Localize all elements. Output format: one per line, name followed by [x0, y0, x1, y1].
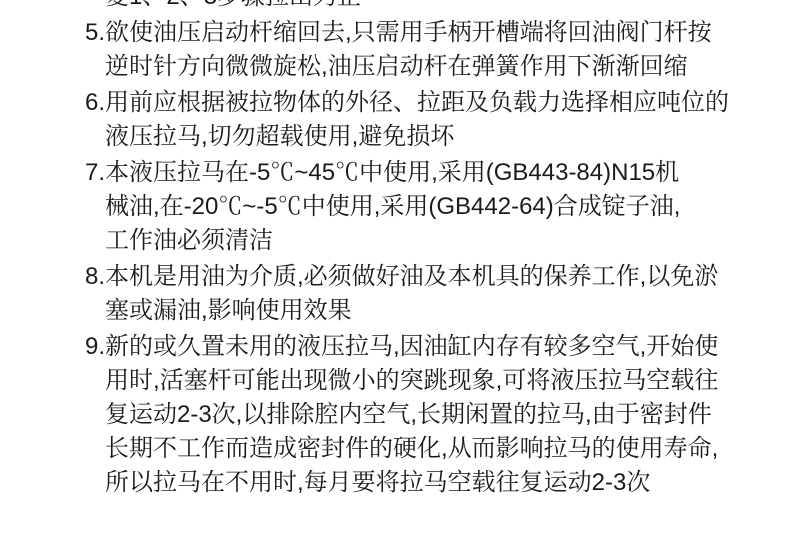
manual-item-5-line-1: 5.欲使油压启动杆缩回去,只需用手柄开槽端将回油阀门杆按: [85, 16, 730, 50]
item-number: 7.: [85, 159, 105, 186]
manual-item-4-clipped-line: 复1、2、3步骤拉出为止: [85, 0, 730, 14]
manual-item-9-line-3: 复运动2-3次,以排除腔内空气,长期闲置的拉马,由于密封件: [85, 398, 730, 432]
manual-item-5-line-2: 逆时针方向微微旋松,油压启动杆在弹簧作用下渐渐回缩: [85, 50, 730, 84]
manual-item-7-line-1: 7.本液压拉马在-5℃~45℃中使用,采用(GB443-84)N15机: [85, 156, 730, 190]
manual-item-9: 9.新的或久置未用的液压拉马,因油缸内存有较多空气,开始使 用时,活塞杆可能出现…: [85, 330, 730, 500]
manual-text-page: 复1、2、3步骤拉出为止 5.欲使油压启动杆缩回去,只需用手柄开槽端将回油阀门杆…: [0, 0, 790, 500]
manual-item-9-line-1: 9.新的或久置未用的液压拉马,因油缸内存有较多空气,开始使: [85, 330, 730, 364]
manual-item-6-line-2: 液压拉马,切勿超载使用,避免损坏: [85, 120, 730, 154]
manual-item-7: 7.本液压拉马在-5℃~45℃中使用,采用(GB443-84)N15机 械油,在…: [85, 156, 730, 258]
line-text: 本机是用油为介质,必须做好油及本机具的保养工作,以免淤: [105, 263, 718, 290]
item-number: 8.: [85, 263, 105, 290]
line-text: 本液压拉马在-5℃~45℃中使用,采用(GB443-84)N15机: [105, 159, 679, 186]
manual-item-8: 8.本机是用油为介质,必须做好油及本机具的保养工作,以免淤 塞或漏油,影响使用效…: [85, 260, 730, 328]
manual-item-6: 6.用前应根据被拉物体的外径、拉距及负载力选择相应吨位的 液压拉马,切勿超载使用…: [85, 86, 730, 154]
manual-item-8-line-2: 塞或漏油,影响使用效果: [85, 294, 730, 328]
manual-item-9-line-4: 长期不工作而造成密封件的硬化,从而影响拉马的使用寿命,: [85, 432, 730, 466]
line-text: 用前应根据被拉物体的外径、拉距及负载力选择相应吨位的: [105, 89, 729, 116]
manual-item-6-line-1: 6.用前应根据被拉物体的外径、拉距及负载力选择相应吨位的: [85, 86, 730, 120]
manual-item-5: 5.欲使油压启动杆缩回去,只需用手柄开槽端将回油阀门杆按 逆时针方向微微旋松,油…: [85, 16, 730, 84]
manual-item-4-partial: 复1、2、3步骤拉出为止: [85, 0, 730, 14]
manual-item-7-line-3: 工作油必须清洁: [85, 224, 730, 258]
line-text: 新的或久置未用的液压拉马,因油缸内存有较多空气,开始使: [105, 333, 718, 360]
manual-item-9-line-2: 用时,活塞杆可能出现微小的突跳现象,可将液压拉马空载往: [85, 364, 730, 398]
item-number: 9.: [85, 333, 105, 360]
item-number: 6.: [85, 89, 105, 116]
manual-item-8-line-1: 8.本机是用油为介质,必须做好油及本机具的保养工作,以免淤: [85, 260, 730, 294]
item-number: 5.: [85, 19, 105, 46]
manual-item-7-line-2: 械油,在-20℃~-5℃中使用,采用(GB442-64)合成锭子油,: [85, 190, 730, 224]
line-text: 欲使油压启动杆缩回去,只需用手柄开槽端将回油阀门杆按: [105, 19, 712, 46]
manual-item-9-line-5: 所以拉马在不用时,每月要将拉马空载往复运动2-3次: [85, 466, 730, 500]
